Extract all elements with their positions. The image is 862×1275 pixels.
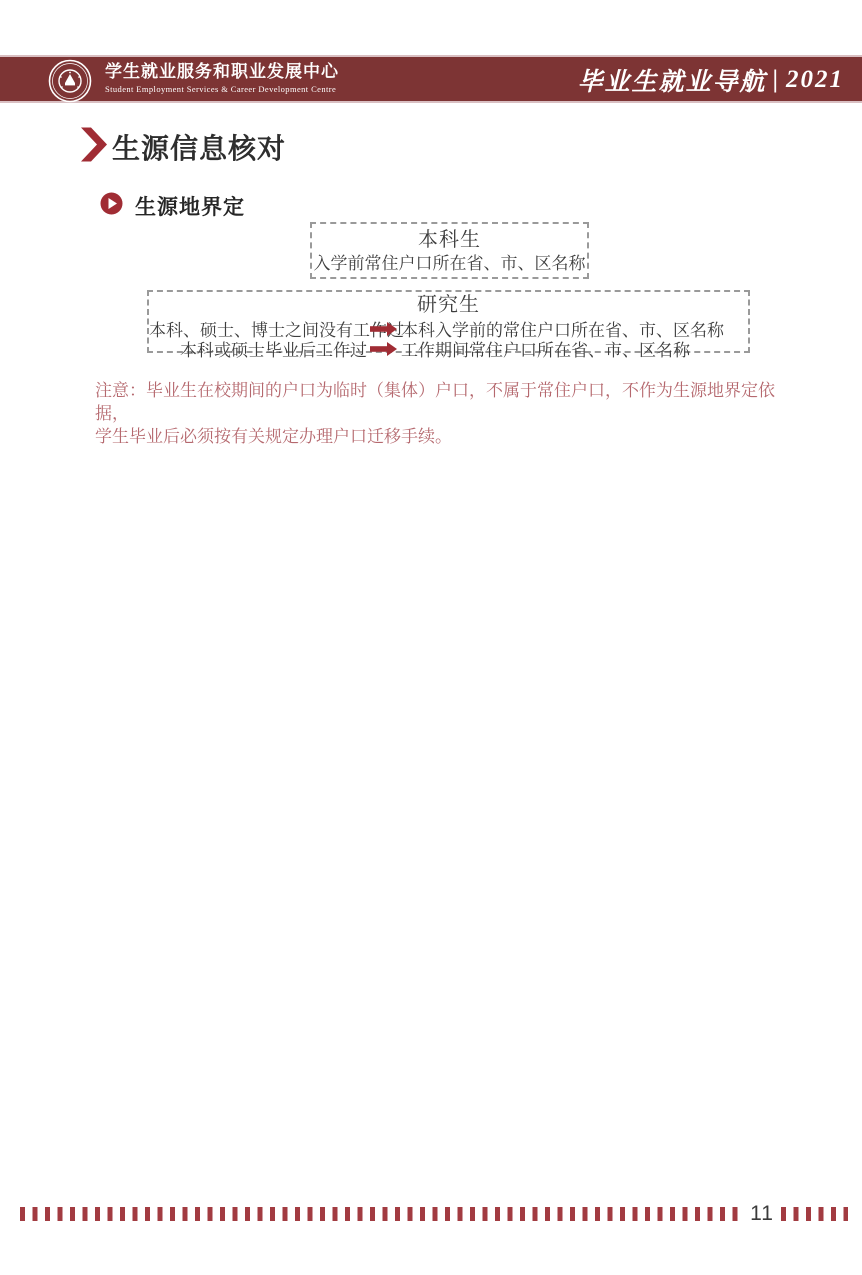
chevron-right-icon [80,126,108,168]
red-right-arrow-icon [367,322,399,336]
note-line-1: 注意：毕业生在校期间的户口为临时（集体）户口，不属于常住户口，不作为生源地界定依… [95,379,805,425]
publication-title: 毕业生就业导航|2021 [577,62,844,98]
publication-year: 2021 [786,66,844,94]
note-line-2: 学生毕业后必须按有关规定办理户口迁移手续。 [95,425,805,448]
center-name-en: Student Employment Services & Career Dev… [105,83,339,95]
header-bar: 学生就业服务和职业发展中心 Student Employment Service… [0,55,862,103]
grad-row-condition: 本科或硕士毕业后工作过 [149,336,367,361]
grad-box-row: 本科、硕士、博士之间没有工作过 本科入学前的常住户口所在省、市、区名称 [149,316,748,336]
grad-box-title: 研究生 [149,294,748,316]
red-right-arrow-icon [367,342,399,356]
subsection-title: 生源地界定 [135,191,245,221]
center-name-cn: 学生就业服务和职业发展中心 [105,61,339,83]
grad-row-result: 工作期间常住户口所在省、市、区名称 [399,336,748,361]
section-heading: 生源信息核对 [80,126,286,168]
footer-dash-strip-right [781,1207,848,1221]
undergrad-box: 本科生 入学前常住户口所在省、市、区名称 [310,222,589,279]
undergrad-box-title: 本科生 [312,227,587,253]
undergrad-box-desc: 入学前常住户口所在省、市、区名称 [312,253,587,275]
footer-dash-strip-left [20,1207,742,1221]
university-seal-icon [48,59,92,103]
publication-divider: | [772,66,780,94]
note-text: 注意：毕业生在校期间的户口为临时（集体）户口，不属于常住户口，不作为生源地界定依… [95,379,805,448]
grad-box-row: 本科或硕士毕业后工作过 工作期间常住户口所在省、市、区名称 [149,336,748,356]
grad-box: 研究生 本科、硕士、博士之间没有工作过 本科入学前的常住户口所在省、市、区名称 … [147,290,750,353]
document-page: 学生就业服务和职业发展中心 Student Employment Service… [0,0,862,1275]
subsection-heading: 生源地界定 [100,191,245,221]
header-center-name: 学生就业服务和职业发展中心 Student Employment Service… [105,61,339,95]
publication-title-text: 毕业生就业导航 [577,62,766,98]
section-title: 生源信息核对 [112,127,286,167]
play-circle-icon [100,192,123,220]
page-number: 11 [744,1202,780,1226]
